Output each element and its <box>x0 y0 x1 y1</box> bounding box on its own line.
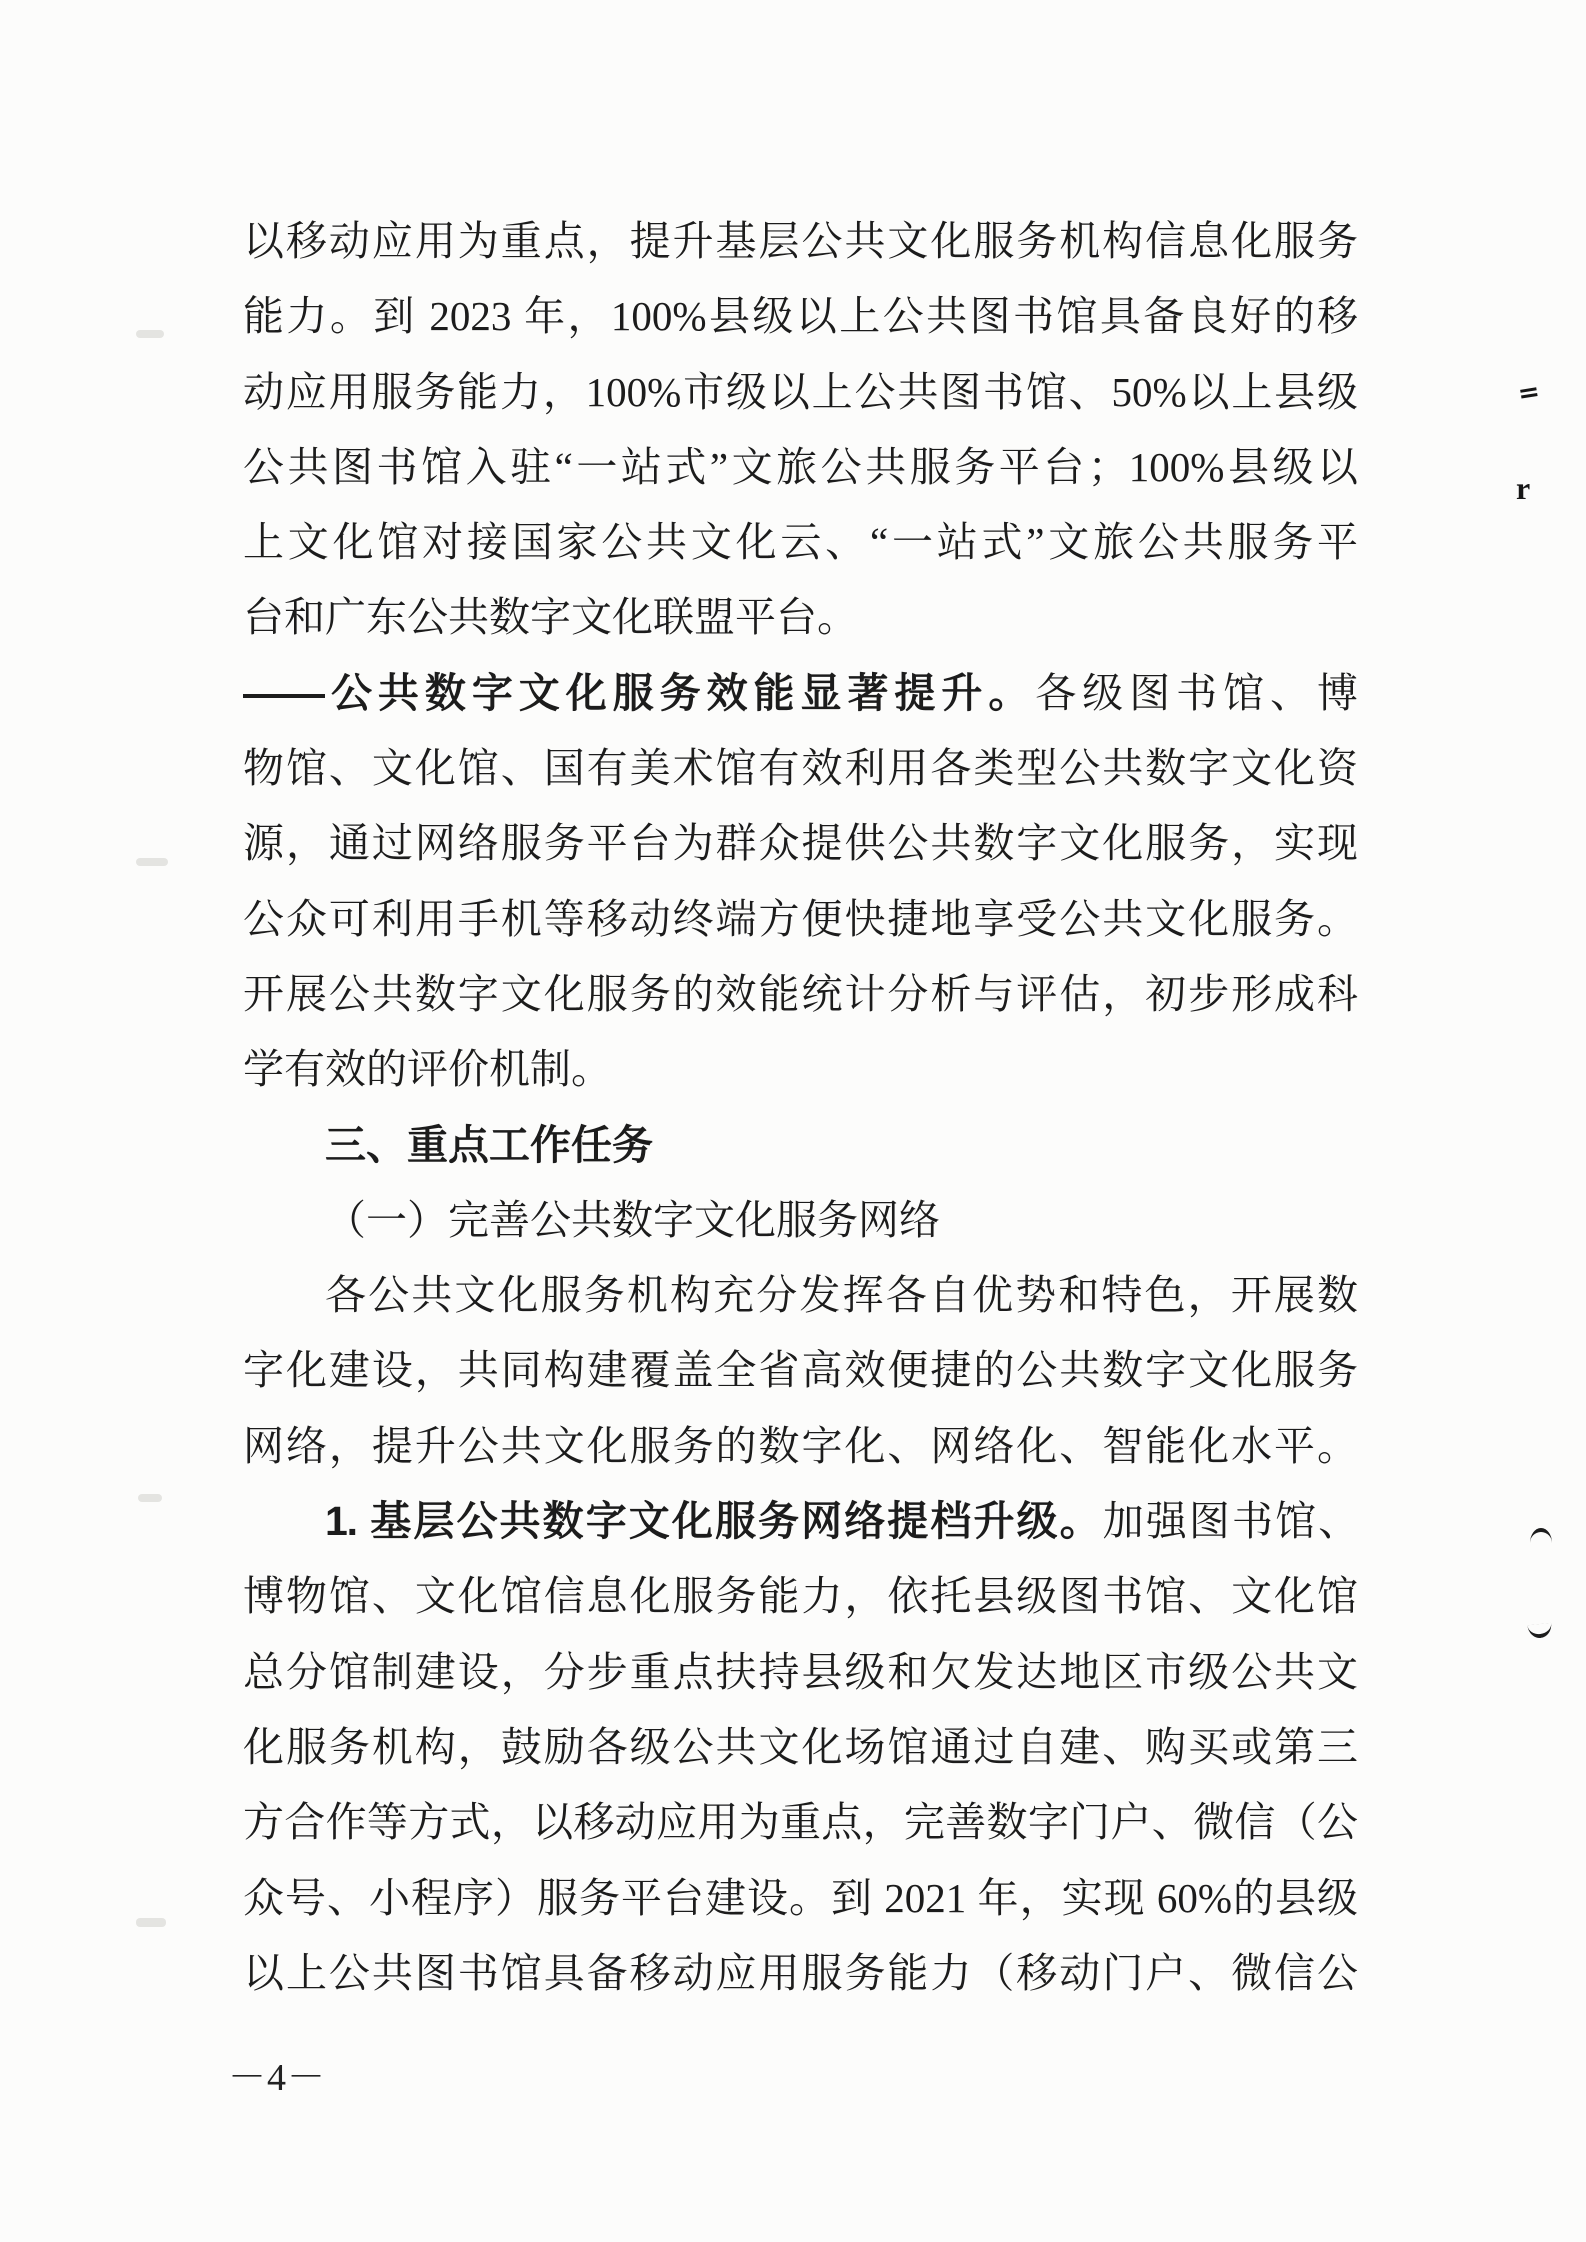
bold-run: 1. 基层公共数字文化服务网络提档升级。 <box>325 1498 1103 1544</box>
scan-smudge <box>138 1494 162 1502</box>
normal-run: 各级图书馆、博 <box>1035 670 1358 716</box>
body-text: 以移动应用为重点，提升基层公共文化服务机构信息化服务 能力。到 2023 年，1… <box>243 204 1358 2011</box>
text-line: 物馆、文化馆、国有美术馆有效利用各类型公共数字文化资 <box>243 731 1358 806</box>
scan-smudge <box>136 330 164 338</box>
scan-smudge <box>136 858 168 866</box>
text-line: 公共图书馆入驻“一站式”文旅公共服务平台；100%县级以 <box>243 430 1358 505</box>
text-line: 1. 基层公共数字文化服务网络提档升级。加强图书馆、 <box>243 1484 1358 1559</box>
section-heading: 三、重点工作任务 <box>243 1108 1358 1183</box>
text-line: 学有效的评价机制。 <box>243 1032 1358 1107</box>
text-line: 总分馆制建设，分步重点扶持县级和欠发达地区市级公共文 <box>243 1635 1358 1710</box>
text-line: ——公共数字文化服务效能显著提升。各级图书馆、博 <box>243 656 1358 731</box>
text-line: 公众可利用手机等移动终端方便快捷地享受公共文化服务。 <box>243 882 1358 957</box>
scan-speck-icon: = <box>1516 376 1542 409</box>
text-line: 各公共文化服务机构充分发挥各自优势和特色，开展数 <box>243 1258 1358 1333</box>
text-line: 上文化馆对接国家公共文化云、“一站式”文旅公共服务平 <box>243 505 1358 580</box>
document-page: 以移动应用为重点，提升基层公共文化服务机构信息化服务 能力。到 2023 年，1… <box>0 0 1586 2242</box>
text-line: 化服务机构，鼓励各级公共文化场馆通过自建、购买或第三 <box>243 1710 1358 1785</box>
bold-run: ——公共数字文化服务效能显著提升。 <box>243 670 1035 716</box>
scan-speck-icon: r <box>1516 470 1530 507</box>
text-line: 博物馆、文化馆信息化服务能力，依托县级图书馆、文化馆 <box>243 1559 1358 1634</box>
scan-speck-icon <box>1527 1623 1552 1639</box>
text-line: 方合作等方式，以移动应用为重点，完善数字门户、微信（公 <box>243 1785 1358 1860</box>
text-line: 字化建设，共同构建覆盖全省高效便捷的公共数字文化服务 <box>243 1333 1358 1408</box>
text-line: 网络，提升公共文化服务的数字化、网络化、智能化水平。 <box>243 1409 1358 1484</box>
text-line: 以上公共图书馆具备移动应用服务能力（移动门户、微信公 <box>243 1936 1358 2011</box>
text-line: 众号、小程序）服务平台建设。到 2021 年，实现 60%的县级 <box>243 1861 1358 1936</box>
scan-speck-icon <box>1530 1528 1552 1543</box>
text-line: 源，通过网络服务平台为群众提供公共数字文化服务，实现 <box>243 806 1358 881</box>
scan-smudge <box>136 1918 166 1927</box>
text-line: 以移动应用为重点，提升基层公共文化服务机构信息化服务 <box>243 204 1358 279</box>
text-line: 台和广东公共数字文化联盟平台。 <box>243 580 1358 655</box>
text-line: 开展公共数字文化服务的效能统计分析与评估，初步形成科 <box>243 957 1358 1032</box>
page-number: －4－ <box>228 2046 326 2101</box>
subsection-heading: （一）完善公共数字文化服务网络 <box>243 1183 1358 1258</box>
text-line: 能力。到 2023 年，100%县级以上公共图书馆具备良好的移 <box>243 279 1358 354</box>
text-line: 动应用服务能力，100%市级以上公共图书馆、50%以上县级 <box>243 355 1358 430</box>
normal-run: 加强图书馆、 <box>1103 1498 1358 1544</box>
